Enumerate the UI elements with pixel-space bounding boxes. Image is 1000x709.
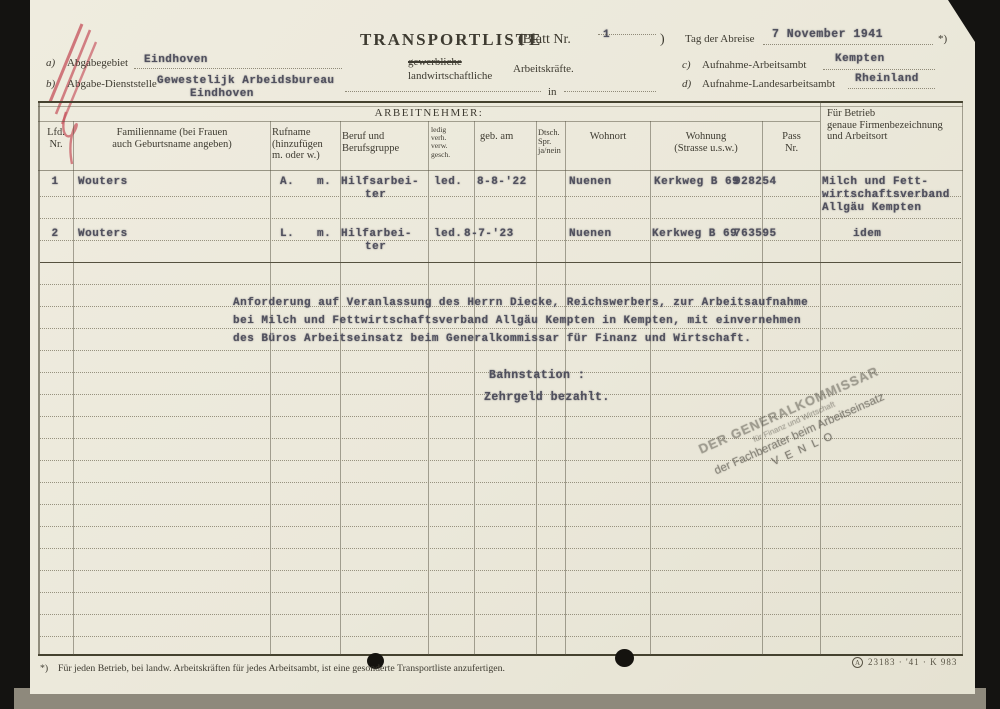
workers-word: Arbeitskräfte. — [513, 63, 574, 75]
request-line3: des Büros Arbeitseinsatz beim Generalkom… — [233, 333, 808, 345]
row-beruf-line2: ter — [365, 189, 386, 201]
stamp-line3: der Fachberater beim Arbeitseinsatz — [674, 374, 926, 495]
red-pen-mark — [36, 16, 116, 176]
row-guide-line — [40, 636, 961, 637]
row-geb: 8-8-'22 — [477, 176, 527, 188]
col-header-stand: ledig verh. verw. gesch. — [431, 126, 473, 159]
row-betrieb-line3: Allgäu Kempten — [822, 202, 921, 214]
row-geb: 8-7-'23 — [464, 228, 514, 240]
field-b-label: Abgabe-Dienststelle — [67, 78, 157, 90]
row-pass: 928254 — [734, 176, 777, 188]
col-header-dtsch: Dtsch. Spr. ja/nein — [538, 128, 565, 155]
row-rufname: A. — [280, 176, 294, 188]
office-stamp: DER GENERALKOMMISSAR für Finanz und Wirt… — [662, 348, 957, 567]
row-familienname: Wouters — [78, 228, 128, 240]
col-betrieb-l2: genaue Firmenbezeichnung — [827, 120, 943, 131]
col-nr-l2: Nr. — [49, 139, 62, 150]
col-wohnung-l2: (Strasse u.s.w.) — [674, 143, 737, 154]
form-title: TRANSPORTLISTE — [360, 30, 542, 50]
field-c-value: Kempten — [835, 53, 885, 65]
table-row: 2 Wouters L. m. Hilfarbei- ter led. 8-7-… — [30, 228, 975, 262]
active-option: landwirtschaftliche — [408, 70, 492, 82]
row-wohnort: Nuenen — [569, 228, 612, 240]
zehrgeld-note: Zehrgeld bezahlt. — [484, 391, 610, 404]
row-betrieb-line1: Milch und Fett- — [822, 176, 929, 188]
bahnstation-label: Bahnstation : — [489, 369, 585, 382]
in-line-right — [564, 91, 656, 92]
field-a-label: Abgabegebiet — [67, 57, 128, 69]
row-stand: led. — [434, 176, 462, 188]
row-guide-line — [40, 526, 961, 527]
row-sex: m. — [317, 228, 331, 240]
table-top-rule — [38, 101, 963, 103]
table-row: 1 Wouters A. m. Hilfsarbei- ter led. 8-8… — [30, 176, 975, 222]
row-beruf-line1: Hilfarbei- — [341, 228, 412, 240]
row-beruf-line2: ter — [365, 241, 386, 253]
blatt-nr-line — [598, 34, 656, 35]
form-paper: TRANSPORTLISTE (Blatt Nr. 1 ) gewerblich… — [30, 0, 975, 694]
col-betrieb-l1: Für Betrieb — [827, 108, 875, 119]
col-ruf-l3: m. oder w.) — [272, 150, 320, 161]
field-d-line — [848, 88, 935, 89]
row-guide-line — [40, 262, 961, 263]
printer-mark: A23183 · '41 · K 983 — [852, 657, 957, 668]
col-header-betrieb: Für Betrieb genaue Firmenbezeichnung und… — [827, 108, 959, 143]
field-d-index: d) — [682, 78, 691, 90]
request-line2: bei Milch und Fettwirtschaftsverband All… — [233, 315, 808, 327]
row-wohnung: Kerkweg B 69 — [654, 176, 739, 188]
col-beruf-l1: Beruf und — [342, 131, 384, 142]
col-name-l2: auch Geburtsname angeben) — [112, 139, 232, 150]
col-betrieb-l3: und Arbeitsort — [827, 131, 887, 142]
request-note: Anforderung auf Veranlassung des Herrn D… — [233, 297, 808, 345]
row-stand: led. — [434, 228, 462, 240]
row-guide-line — [40, 284, 961, 285]
field-b-index: b) — [46, 78, 55, 90]
col-header-rufname: Rufname (hinzufügen m. oder w.) — [272, 127, 338, 162]
row-beruf-line1: Hilfsarbei- — [341, 176, 419, 188]
col-dtsch-l3: ja/nein — [538, 146, 561, 155]
row-nr: 1 — [39, 176, 71, 188]
col-header-beruf: Beruf und Berufsgruppe — [342, 131, 426, 154]
col-pass-l2: Nr. — [785, 143, 798, 154]
row-familienname: Wouters — [78, 176, 128, 188]
row-guide-line — [40, 570, 961, 571]
field-a-index: a) — [46, 57, 55, 69]
field-c-line — [823, 69, 935, 70]
col-header-pass: Pass Nr. — [764, 131, 819, 154]
row-guide-line — [40, 592, 961, 593]
struck-option: gewerbliche — [408, 56, 462, 68]
row-sex: m. — [317, 176, 331, 188]
col-name-l1: Familienname (bei Frauen — [117, 127, 228, 138]
col-beruf-l2: Berufsgruppe — [342, 143, 399, 154]
row-betrieb-line2: wirtschaftsverband — [822, 189, 950, 201]
table-bottom-rule — [38, 654, 963, 656]
field-c-index: c) — [682, 59, 691, 71]
col-header-name: Familienname (bei Frauen auch Geburtsnam… — [75, 127, 269, 150]
footnote-ref: *) — [40, 663, 48, 674]
field-a-value: Eindhoven — [144, 54, 208, 66]
field-a-line — [134, 68, 342, 69]
row-nr: 2 — [39, 228, 71, 240]
punch-hole — [615, 649, 634, 667]
col-dtsch-l1: Dtsch. — [538, 128, 560, 137]
in-line-left — [345, 91, 541, 92]
field-b-value-line1: Gewestelijk Arbeidsbureau — [157, 75, 335, 87]
footnote-text: Für jeden Betrieb, bei landw. Arbeitskrä… — [58, 663, 505, 674]
field-d-value: Rheinland — [855, 73, 919, 85]
arbeitnehmer-label: ARBEITNEHMER: — [38, 107, 820, 119]
col-header-wohnort: Wohnort — [567, 131, 649, 143]
blatt-nr-label: (Blatt Nr. — [518, 32, 571, 48]
col-header-nr: Lfd. Nr. — [39, 127, 73, 150]
blatt-nr-close: ) — [660, 32, 665, 48]
printer-logo-icon: A — [852, 657, 863, 668]
blatt-nr-value: 1 — [603, 29, 610, 41]
field-b-value-line2: Eindhoven — [190, 88, 254, 100]
departure-line — [763, 44, 933, 45]
departure-label: Tag der Abreise — [685, 33, 754, 45]
col-dtsch-l2: Spr. — [538, 137, 551, 146]
scanned-document: TRANSPORTLISTE (Blatt Nr. 1 ) gewerblich… — [0, 0, 1000, 709]
row-guide-line — [40, 350, 961, 351]
field-d-label: Aufnahme-Landesarbeitsambt — [702, 78, 835, 90]
col-pass-l1: Pass — [782, 131, 801, 142]
col-header-geb: geb. am — [480, 131, 534, 143]
in-label: in — [548, 86, 557, 98]
departure-footnote-ref: *) — [938, 33, 947, 45]
departure-value: 7 November 1941 — [772, 28, 883, 41]
col-nr-l1: Lfd. — [47, 127, 65, 138]
header-bottom-rule — [38, 170, 963, 171]
printer-code: 23183 · '41 · K 983 — [868, 657, 957, 667]
col-ruf-l2: (hinzufügen — [272, 139, 323, 150]
row-betrieb-line1: idem — [853, 228, 881, 240]
col-stand-l4: gesch. — [431, 150, 450, 159]
col-wohnung-l1: Wohnung — [686, 131, 727, 142]
request-line1: Anforderung auf Veranlassung des Herrn D… — [233, 297, 808, 309]
row-guide-line — [40, 614, 961, 615]
stamp-line2: für Finanz und Wirtschaft — [669, 363, 919, 481]
row-pass: 763595 — [734, 228, 777, 240]
col-ruf-l1: Rufname — [272, 127, 311, 138]
row-rufname: L. — [280, 228, 294, 240]
row-wohnung: Kerkweg B 69 — [652, 228, 737, 240]
row-wohnort: Nuenen — [569, 176, 612, 188]
col-header-wohnung: Wohnung (Strasse u.s.w.) — [652, 131, 760, 154]
row-guide-line — [40, 548, 961, 549]
field-c-label: Aufnahme-Arbeitsambt — [702, 59, 806, 71]
